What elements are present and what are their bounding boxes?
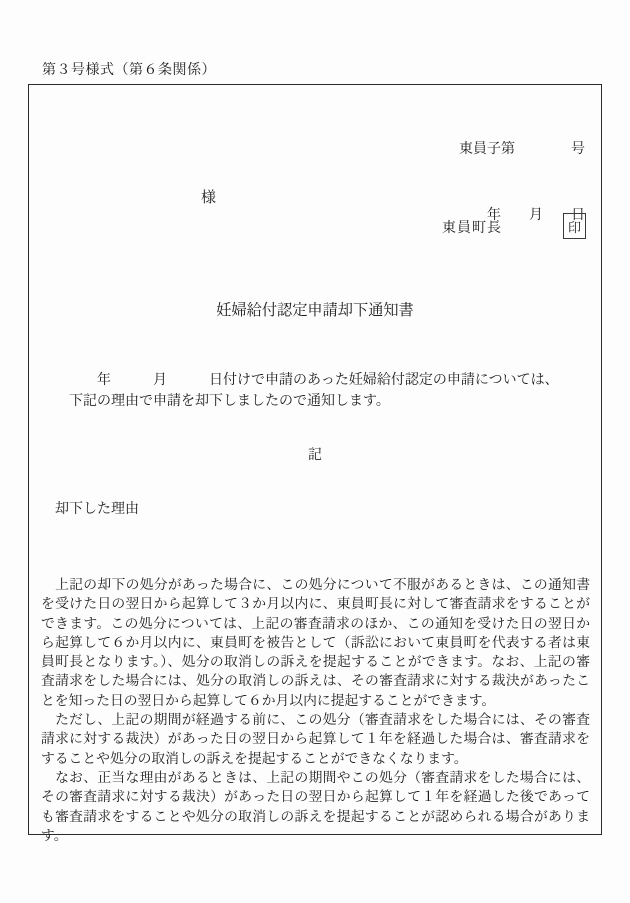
document-page: 第３号様式（第６条関係） 東員子第 号 年 月 日 様 東員町長 印 妊婦給付認…	[0, 0, 630, 903]
appeal-notice-paragraph-1: 上記の却下の処分があった場合に、この処分について不服があるときは、この通知書を受…	[41, 575, 590, 710]
document-number-line: 東員子第 号	[459, 139, 585, 161]
intro-line-2: 下記の理由で申請を却下しましたので通知します。	[41, 391, 589, 412]
intro-paragraph: 年 月 日付けで申請のあった妊婦給付認定の申請については、 下記の理由で申請を却…	[41, 370, 589, 412]
appeal-notice-paragraph-3: なお、正当な理由があるときは、上記の期間やこの処分（審査請求をした場合には、その…	[41, 768, 590, 845]
document-border-frame: 東員子第 号 年 月 日 様 東員町長 印 妊婦給付認定申請却下通知書 年 月 …	[28, 84, 602, 835]
document-number-block: 東員子第 号 年 月 日	[459, 95, 585, 271]
document-title: 妊婦給付認定申請却下通知書	[29, 299, 601, 320]
form-number-label: 第３号様式（第６条関係）	[42, 59, 216, 79]
appeal-notice-paragraph-2: ただし、上記の期間が経過する前に、この処分（審査請求をした場合には、その審査請求…	[41, 710, 590, 768]
ki-section-marker: 記	[29, 444, 601, 464]
rejection-reason-label: 却下した理由	[55, 498, 139, 518]
issuer-name: 東員町長	[442, 217, 502, 237]
seal-box: 印	[563, 213, 586, 239]
intro-line-1: 年 月 日付けで申請のあった妊婦給付認定の申請については、	[41, 370, 589, 391]
seal-character: 印	[568, 217, 581, 236]
appeal-notice-block: 上記の却下の処分があった場合に、この処分について不服があるときは、この通知書を受…	[41, 575, 590, 845]
addressee-honorific: 様	[201, 186, 216, 207]
